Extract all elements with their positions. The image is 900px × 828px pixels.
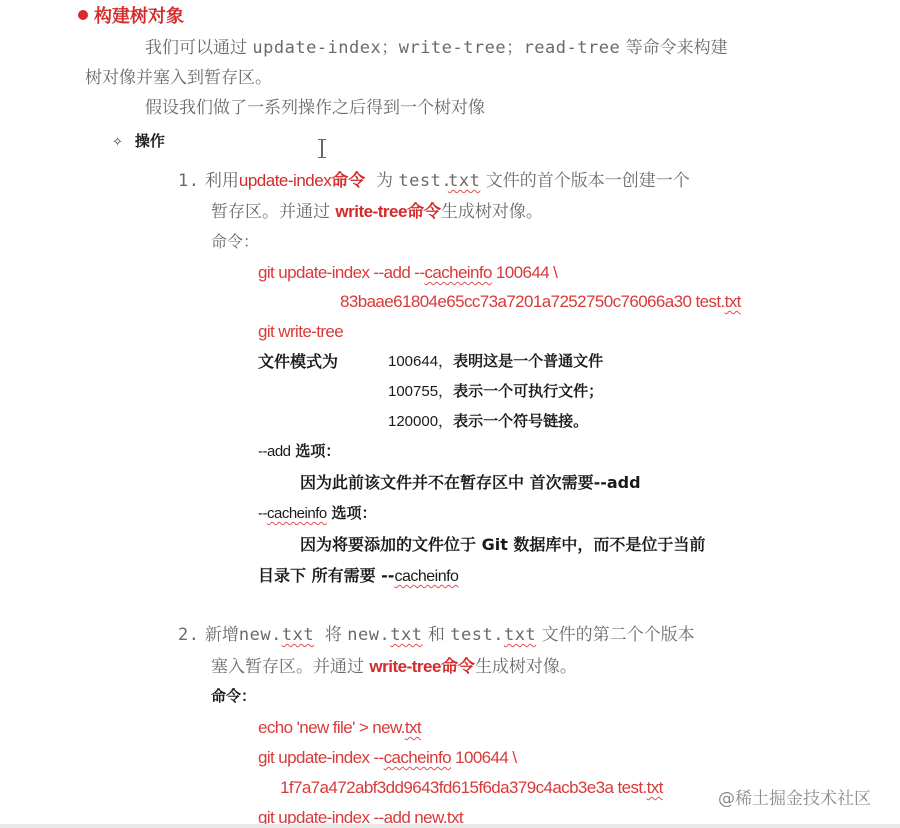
- bottom-edge: [0, 824, 900, 828]
- intro-text: 等命令来构建: [626, 38, 728, 58]
- file-name: test.: [398, 171, 452, 191]
- watermark: @稀土掘金技术社区: [718, 784, 871, 809]
- option-add-label: --add 选项：: [258, 444, 340, 459]
- cmd-ext: txt: [725, 292, 741, 311]
- diamond-bullet-icon: ✧: [112, 136, 123, 149]
- cmd-flag: cacheinfo: [384, 748, 451, 767]
- step-1-line-1: 1. 利用update-index命令 为 test.txt 文件的首个版本一创…: [178, 172, 690, 190]
- step-text: 文件的第二个个版本: [542, 625, 695, 645]
- command-line: 1f7a7a472abf3dd9643fd615f6da379c4acb3e3a…: [280, 779, 663, 796]
- mode-code: 120000，: [388, 413, 453, 430]
- intro-line-3: 假设我们做了一系列操作之后得到一个树对像: [145, 100, 485, 117]
- mode-desc: 表示一个可执行文件；: [453, 382, 603, 400]
- text-cursor-icon: [318, 138, 326, 160]
- cmd-ext: txt: [647, 778, 663, 797]
- option-flag: cacheinfo: [267, 505, 327, 522]
- intro-text: 我们可以通过: [145, 38, 247, 58]
- step-number: 1.: [178, 171, 199, 191]
- cmd-suffix: 命令: [441, 657, 475, 677]
- file-modes-label: 文件模式为: [258, 354, 338, 370]
- cmd-text: 100644 \: [451, 748, 517, 767]
- command-line: 83baae61804e65cc73a7201a7252750c76066a30…: [340, 293, 741, 310]
- step-1-line-2: 暂存区。并通过 write-tree命令生成树对像。: [211, 203, 543, 221]
- command-line: git update-index --cacheinfo 100644 \: [258, 749, 517, 766]
- file-name: new.: [239, 625, 282, 645]
- cmd-suffix: 命令: [331, 171, 365, 191]
- cmd-suffix: 命令: [407, 202, 441, 222]
- file-ext: txt: [448, 171, 480, 191]
- option-label: 选项：: [295, 442, 340, 460]
- step-text: 生成树对像。: [475, 657, 577, 677]
- command-line: git update-index --add --cacheinfo 10064…: [258, 264, 557, 281]
- option-cacheinfo-label: --cacheinfo 选项：: [258, 506, 377, 521]
- file-mode-row: 120000，表示一个符号链接。: [388, 414, 588, 429]
- section-title: 构建树对象: [94, 6, 184, 27]
- commands-label: 命令：: [211, 689, 256, 704]
- option-label: 选项：: [332, 504, 377, 522]
- cmd-text: git update-index --add --: [258, 263, 424, 282]
- intro-line-2: 树对像并塞入到暂存区。: [85, 70, 272, 87]
- step-text: 暂存区。并通过: [211, 202, 330, 222]
- option-cacheinfo-desc-1: 因为将要添加的文件位于 Git 数据库中，而不是位于当前: [300, 537, 705, 553]
- intro-code: update-index；write-tree；read-tree: [252, 38, 620, 58]
- document-page: 构建树对象 我们可以通过 update-index；write-tree；rea…: [0, 0, 900, 828]
- step-2-line-2: 塞入暂存区。并通过 write-tree命令生成树对像。: [211, 658, 577, 676]
- step-text: 新增: [205, 625, 239, 645]
- file-mode-row: 100644，表明这是一个普通文件: [388, 354, 603, 369]
- subheading: ✧操作: [112, 134, 165, 149]
- cmd-text: echo 'new file' > new.: [258, 718, 405, 737]
- option-add-desc: 因为此前该文件并不在暂存区中 首次需要--add: [300, 475, 641, 491]
- mode-code: 100755，: [388, 383, 453, 400]
- cmd-text: 100644 \: [492, 263, 558, 282]
- command-line: git write-tree: [258, 323, 343, 340]
- cmd-ext: txt: [405, 718, 421, 737]
- bullet-dot-icon: [78, 10, 88, 20]
- mode-desc: 表明这是一个普通文件: [453, 352, 603, 370]
- step-text: 塞入暂存区。并通过: [211, 657, 364, 677]
- step-text: 文件的首个版本一创建一个: [486, 171, 690, 191]
- cmd-highlight: write-tree: [335, 202, 407, 221]
- cmd-hash: 83baae61804e65cc73a7201a7252750c76066a30…: [340, 292, 725, 311]
- section-heading: 构建树对象: [78, 8, 184, 26]
- file-ext: txt: [282, 625, 314, 645]
- intro-line-1: 我们可以通过 update-index；write-tree；read-tree…: [145, 40, 728, 57]
- cmd-hash: 1f7a7a472abf3dd9643fd615f6da379c4acb3e3a…: [280, 778, 647, 797]
- option-flag: --add: [258, 443, 291, 460]
- step-text: 和: [428, 625, 445, 645]
- option-cacheinfo-desc-2: 目录下 所有需要 --cacheinfo: [258, 568, 458, 585]
- file-name: test.: [450, 625, 504, 645]
- command-line: echo 'new file' > new.txt: [258, 719, 421, 736]
- subheading-text: 操作: [135, 132, 165, 150]
- cmd-flag: cacheinfo: [424, 263, 491, 282]
- option-flag: cacheinfo: [394, 568, 458, 585]
- mode-code: 100644，: [388, 353, 453, 370]
- cmd-text: git update-index --: [258, 748, 384, 767]
- step-2-line-1: 2. 新增new.txt 将 new.txt 和 test.txt 文件的第二个…: [178, 627, 695, 644]
- step-number: 2.: [178, 625, 199, 645]
- step-text: 利用: [205, 171, 239, 191]
- file-ext: txt: [504, 625, 536, 645]
- file-ext: txt: [390, 625, 422, 645]
- mode-desc: 表示一个符号链接。: [453, 412, 588, 430]
- file-name: new.: [347, 625, 390, 645]
- step-text: 为: [376, 171, 393, 191]
- commands-label: 命令：: [211, 234, 259, 250]
- option-flag: --: [258, 505, 267, 522]
- file-mode-row: 100755，表示一个可执行文件；: [388, 384, 603, 399]
- option-desc-text: 目录下 所有需要 --: [258, 566, 394, 585]
- step-text: 生成树对像。: [441, 202, 543, 222]
- cmd-highlight: update-index: [239, 171, 331, 190]
- step-text: 将: [325, 625, 342, 645]
- cmd-highlight: write-tree: [369, 657, 441, 676]
